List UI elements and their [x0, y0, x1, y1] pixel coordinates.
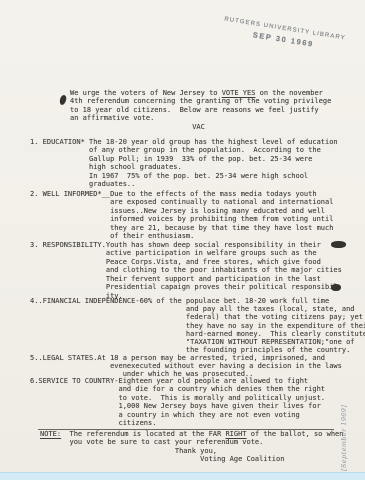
vote-yes-emphasis: VOTE YES: [222, 89, 256, 97]
library-stamp: RUTGERS UNIVERSITY LIBRARY SEP 30 1969: [212, 15, 355, 55]
ink-blot-overstrike: [331, 284, 341, 291]
document-page: RUTGERS UNIVERSITY LIBRARY SEP 30 1969 W…: [0, 0, 365, 480]
note-pre-text: The referendum is located at the FAR: [61, 430, 225, 438]
reason-item-responsibility: 3. RESPONSIBILITY.Youth has shown deep s…: [30, 241, 342, 300]
intro-paragraph: We urge the voters of New Jersey to VOTE…: [70, 89, 331, 131]
ink-blot-responsibility-line: [331, 241, 346, 248]
note-label: NOTE:: [40, 430, 61, 438]
reason-item-education: 1. EDUCATION* The 18-20 year old group h…: [30, 138, 338, 189]
reason-item-service-to-country: 6.SERVICE TO COUNTRY-Eighteen year old p…: [30, 377, 325, 428]
reason-item-legal-states: 5..LEGAL STATES.At 18 a person may be ar…: [30, 354, 342, 379]
handwritten-margin-note: [September 1969]: [340, 405, 348, 471]
ink-blot-intro: [59, 94, 67, 105]
reason-item-well-informed: 2. WELL INFORMED*__Due to the effects of…: [30, 190, 333, 241]
scan-edge-strip: [0, 472, 365, 480]
note-section: NOTE: The referendum is located at the F…: [40, 430, 343, 464]
intro-pre-text: We urge the voters of New Jersey to: [70, 89, 222, 97]
far-right-emphasis: RIGHT: [225, 430, 246, 438]
reason-item-financial-independence: 4..FINANCIAL INDEPENDENCE-60% of the pop…: [30, 297, 365, 354]
